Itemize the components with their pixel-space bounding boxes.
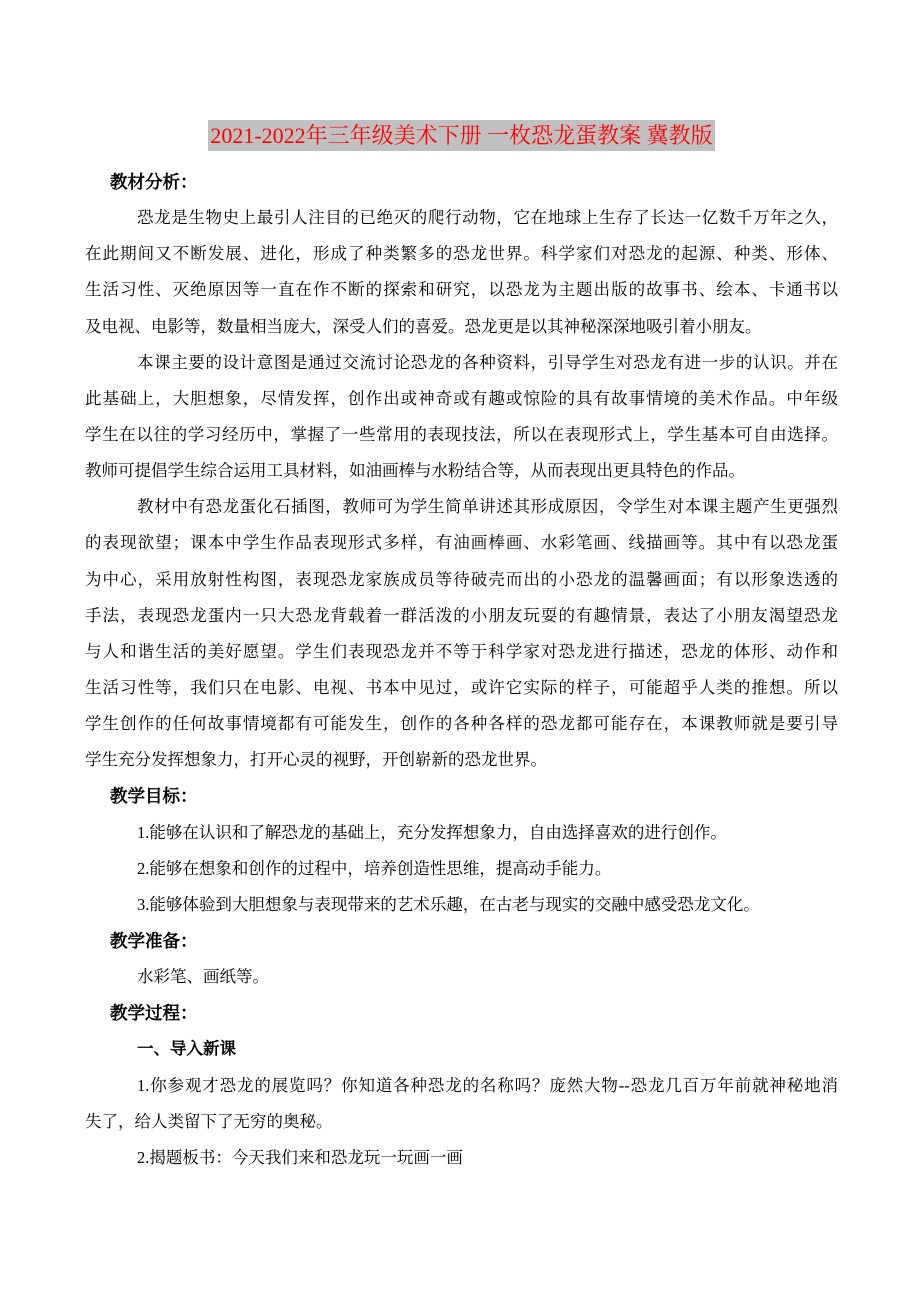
heading-teaching-process: 教学过程： (85, 995, 838, 1031)
intro-step1-line-1: 1.你参观才恐龙的展览吗？你知道各种恐龙的名称吗？庞然大物--恐龙几百万年前就神… (85, 1068, 838, 1104)
document-body: 教材分析： 恐龙是生物史上最引人注目的已绝灭的爬行动物，它在地球上生存了长达一亿… (85, 164, 838, 1176)
goal-item-1: 1.能够在认识和了解恐龙的基础上，充分发挥想象力，自由选择喜欢的进行创作。 (85, 815, 838, 851)
para3-line-5: 与人和谐生活的美好愿望。学生们表现恐龙并不等于科学家对恐龙进行描述，恐龙的体形、… (85, 634, 838, 670)
para2-line-2: 此基础上，大胆想象，尽情发挥，创作出或神奇或有趣或惊险的具有故事情境的美术作品。… (85, 381, 838, 417)
document-title-row: 2021-2022年三年级美术下册 一枚恐龙蛋教案 冀教版 (85, 121, 838, 151)
goal-item-2: 2.能够在想象和创作的过程中，培养创造性思维，提高动手能力。 (85, 851, 838, 887)
heading-teaching-preparation: 教学准备： (85, 923, 838, 959)
preparation-text: 水彩笔、画纸等。 (85, 959, 838, 995)
para1-line-4: 及电视、电影等，数量相当庞大，深受人们的喜爱。恐龙更是以其神秘深深地吸引着小朋友… (85, 309, 838, 345)
para3-line-6: 生活习性等，我们只在电影、电视、书本中见过，或许它实际的样子，可能超乎人类的推想… (85, 670, 838, 706)
heading-teaching-goals: 教学目标： (85, 778, 838, 814)
para2-line-4: 教师可提倡学生综合运用工具材料，如油画棒与水粉结合等，从而表现出更具特色的作品。 (85, 453, 838, 489)
para3-line-7: 学生创作的任何故事情境都有可能发生，创作的各种各样的恐龙都可能存在，本课教师就是… (85, 706, 838, 742)
para3-line-4: 手法，表现恐龙蛋内一只大恐龙背载着一群活泼的小朋友玩耍的有趣情景，表达了小朋友渴… (85, 598, 838, 634)
para1-line-2: 在此期间又不断发展、进化，形成了种类繁多的恐龙世界。科学家们对恐龙的起源、种类、… (85, 236, 838, 272)
intro-step1-line-2: 失了，给人类留下了无穷的奥秘。 (85, 1104, 838, 1140)
document-title: 2021-2022年三年级美术下册 一枚恐龙蛋教案 冀教版 (208, 120, 714, 151)
para2-line-1: 本课主要的设计意图是通过交流讨论恐龙的各种资料，引导学生对恐龙有进一步的认识。并… (85, 345, 838, 381)
para1-line-3: 生活习性、灭绝原因等一直在作不断的探索和研究，以恐龙为主题出版的故事书、绘本、卡… (85, 272, 838, 308)
para3-line-3: 为中心，采用放射性构图，表现恐龙家族成员等待破壳而出的小恐龙的温馨画面；有以形象… (85, 562, 838, 598)
para3-line-8: 学生充分发挥想象力，打开心灵的视野，开创崭新的恐龙世界。 (85, 742, 838, 778)
document-page: 2021-2022年三年级美术下册 一枚恐龙蛋教案 冀教版 教材分析： 恐龙是生… (0, 0, 920, 1302)
intro-step2: 2.揭题板书：今天我们来和恐龙玩一玩画一画 (85, 1140, 838, 1176)
para3-line-2: 的表现欲望；课本中学生作品表现形式多样，有油画棒画、水彩笔画、线描画等。其中有以… (85, 525, 838, 561)
para3-line-1: 教材中有恐龙蛋化石插图，教师可为学生简单讲述其形成原因，令学生对本课主题产生更强… (85, 489, 838, 525)
subheading-lesson-intro: 一、导入新课 (85, 1031, 838, 1067)
heading-material-analysis: 教材分析： (85, 164, 838, 200)
para2-line-3: 学生在以往的学习经历中，掌握了一些常用的表现技法，所以在表现形式上，学生基本可自… (85, 417, 838, 453)
goal-item-3: 3.能够体验到大胆想象与表现带来的艺术乐趣，在古老与现实的交融中感受恐龙文化。 (85, 887, 838, 923)
para1-line-1: 恐龙是生物史上最引人注目的已绝灭的爬行动物，它在地球上生存了长达一亿数千万年之久… (85, 200, 838, 236)
